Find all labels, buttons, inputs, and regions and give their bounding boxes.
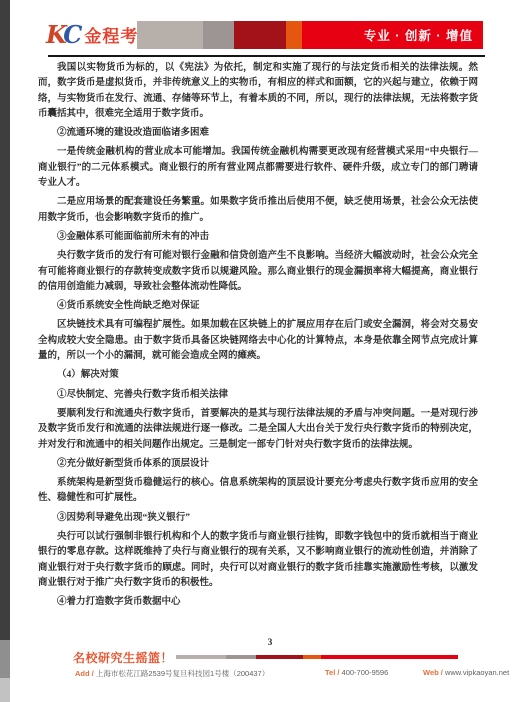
footer-top: 名校研究生摇篮！ [73, 649, 458, 665]
doc-paragraph: 央行数字货币的发行有可能对银行金融和信贷创造产生不良影响。当经济大幅波动时，社会… [38, 249, 478, 295]
logo-letter-c: C [63, 20, 79, 49]
footer-telephone: Tel / 400-700-9596 [325, 668, 388, 677]
banner-segment-orange [286, 21, 302, 49]
footer-bar-red [321, 655, 458, 659]
page-edge-light [0, 678, 10, 702]
footer-bar-midgray [226, 655, 256, 659]
tel-value: 400-700-9596 [342, 668, 389, 677]
banner-segment-red: 专业 · 创新 · 增值 [302, 21, 483, 49]
banner-segment-midgray [203, 21, 234, 49]
doc-paragraph: 要顺利发行和流通央行数字货币，首要解决的是其与现行法律法规的矛盾与冲突问题。一是… [38, 407, 478, 453]
page-edge-dark [0, 0, 10, 640]
footer-website: Web / www.vipkaoyan.net [423, 668, 509, 677]
header-divider-line [48, 55, 485, 57]
doc-heading: ②充分做好新型货币体系的顶层设计 [38, 457, 478, 472]
doc-heading: ①尽快制定、完善央行数字货币相关法律 [38, 388, 478, 403]
doc-heading: ②流通环境的建设改造面临诸多困难 [38, 126, 478, 141]
doc-paragraph: 系统架构是新型货币稳健运行的核心。信息系统架构的顶层设计要充分考虑央行数字货币应… [38, 476, 478, 507]
doc-paragraph: 区块链技术具有可编程扩展性。如果加载在区块链上的扩展应用存在后门或安全漏洞，将会… [38, 318, 478, 364]
doc-paragraph: 一是传统金融机构的营业成本可能增加。我国传统金融机构需要更改现有经营模式采用“中… [38, 145, 478, 191]
doc-heading: ④着力打造数字货币数据中心 [38, 595, 478, 610]
web-value: www.vipkaoyan.net [445, 668, 509, 677]
kc-logo-icon: KC [46, 23, 84, 47]
footer-slogan: 名校研究生摇篮！ [73, 649, 173, 666]
footer-divider-bar [176, 655, 458, 659]
header-banner: 专业 · 创新 · 增值 [137, 21, 483, 49]
footer-bar-orange [303, 655, 321, 659]
doc-paragraph: 二是应用场景的配套建设任务繁重。如果数字货币推出后使用不便，缺乏使用场景，社会公… [38, 195, 478, 226]
page-left-border [0, 0, 10, 702]
document-page: KC 金程考研 专业 · 创新 · 增值 我国以实物货币为标的，以《宪法》为依托… [0, 0, 531, 702]
doc-heading: （4）解决对策 [38, 368, 478, 383]
page-edge-mid [0, 640, 10, 678]
footer-bar-lightgray [176, 655, 226, 659]
address-label: Add / [75, 669, 94, 678]
doc-heading: ③金融体系可能面临前所未有的冲击 [38, 230, 478, 245]
logo-letter-k: K [46, 20, 63, 49]
footer-contact-info: Add / 上海市松花江路2539号复旦科技园1号楼（200437） Tel /… [75, 668, 515, 682]
doc-heading: ③因势利导避免出现“狭义银行” [38, 511, 478, 526]
footer-address: Add / 上海市松花江路2539号复旦科技园1号楼（200437） [75, 668, 269, 679]
tel-label: Tel / [325, 668, 339, 677]
web-label: Web / [423, 668, 443, 677]
banner-segment-lightgray [137, 21, 203, 49]
banner-segment-darkred [234, 21, 286, 49]
doc-paragraph: 央行可以试行强制非银行机构和个人的数字货币与商业银行挂钩，即数字钱包中的货币就相… [38, 530, 478, 591]
banner-slogan: 专业 · 创新 · 增值 [364, 26, 473, 44]
page-number: 3 [50, 638, 490, 648]
address-value: 上海市松花江路2539号复旦科技园1号楼（200437） [96, 669, 269, 678]
document-body: 我国以实物货币为标的，以《宪法》为依托，制定和实施了现行的与法定货币相关的法律法… [38, 61, 478, 615]
doc-heading: ④货币系统安全性尚缺乏绝对保证 [38, 299, 478, 314]
doc-paragraph: 我国以实物货币为标的，以《宪法》为依托，制定和实施了现行的与法定货币相关的法律法… [38, 61, 478, 122]
footer-bar-darkred [256, 655, 303, 659]
